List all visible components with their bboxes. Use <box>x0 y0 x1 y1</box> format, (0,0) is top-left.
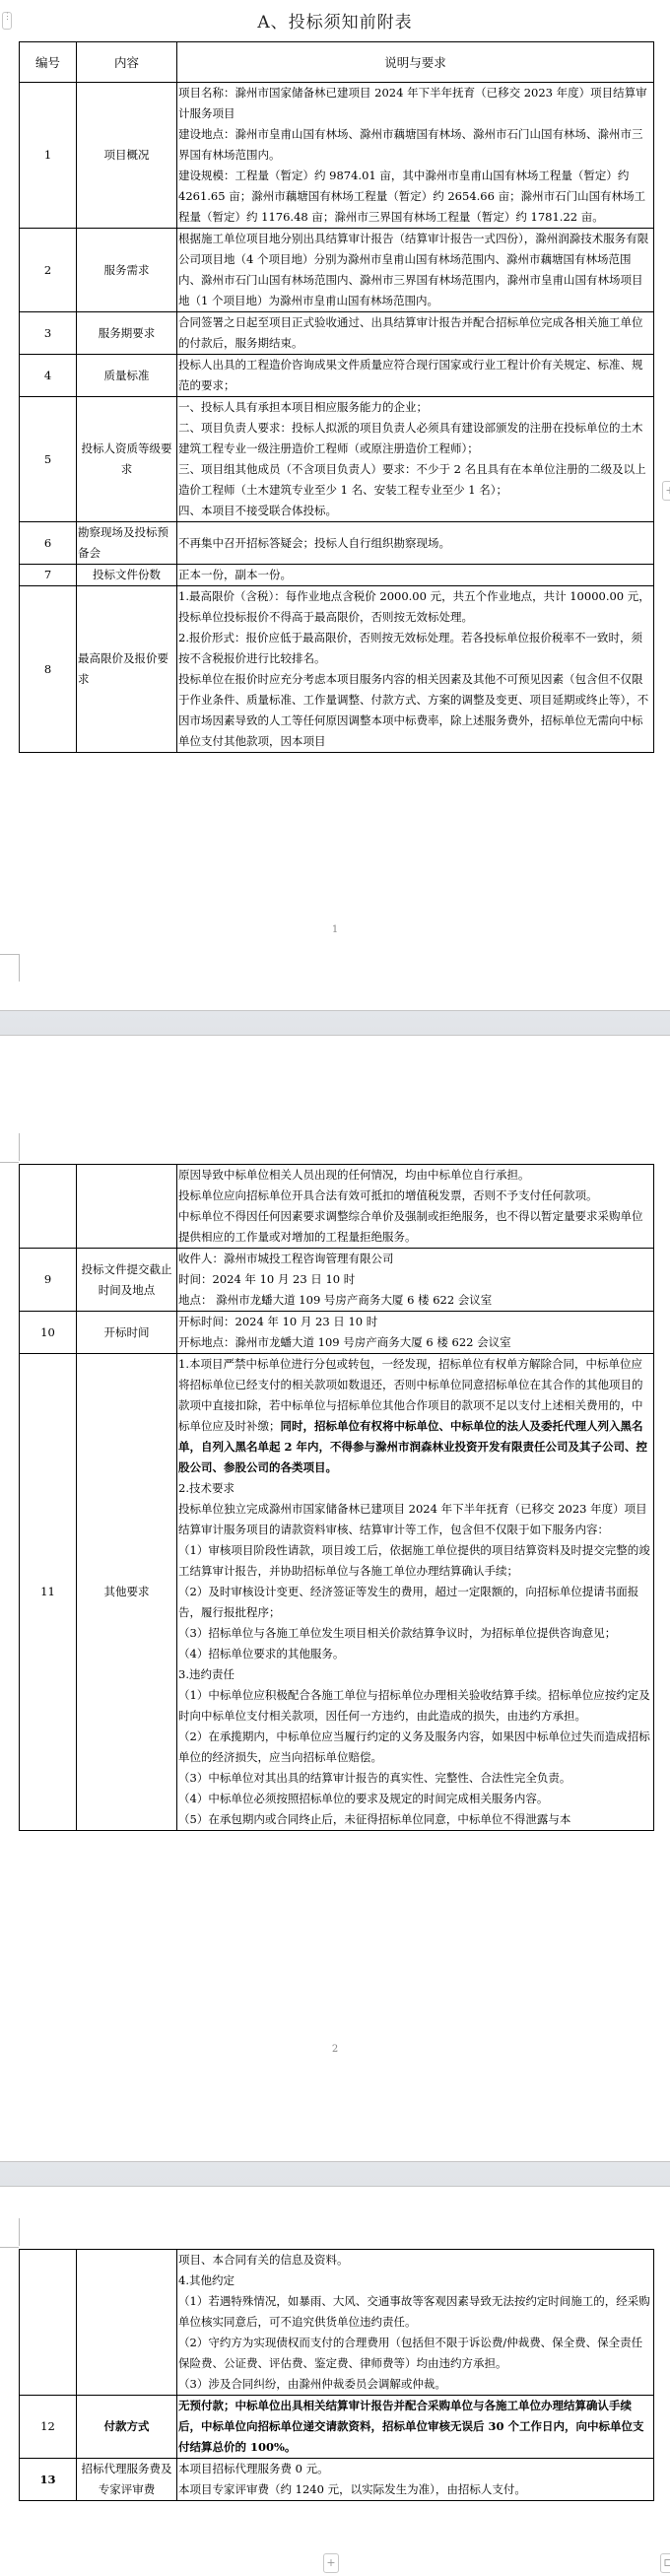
desc-line: （4）招标单位要求的其他服务。 <box>178 1644 652 1664</box>
row-no: 3 <box>20 312 77 355</box>
page-corner-mark <box>19 2218 20 2246</box>
layout-icon[interactable]: ⊏ <box>660 2553 670 2573</box>
desc-line: 2.报价形式：报价应低于最高限价，否则按无效标处理。若各投标单位报价税率不一致时… <box>178 628 652 669</box>
row-desc: 一、投标人具有承担本项目相应服务能力的企业； 二、项目负责人要求：投标人拟派的项… <box>177 397 654 522</box>
row-no <box>20 1165 77 1249</box>
table-row: 原因导致中标单位相关人员出现的任何情况，均由中标单位自行承担。 投标单位应向招标… <box>20 1165 654 1249</box>
document-title: A、投标须知前附表 <box>0 8 670 33</box>
row-no: 10 <box>20 1312 77 1354</box>
desc-line: 一、投标人具有承担本项目相应服务能力的企业； <box>178 397 652 418</box>
row-no: 8 <box>20 586 77 753</box>
desc-line: （3）招标单位与各施工单位发生项目相关价款结算争议时，为招标单位提供咨询意见； <box>178 1623 652 1644</box>
desc-line: （3）涉及合同纠纷，由滁州仲裁委员会调解或仲裁。 <box>178 2374 652 2395</box>
row-label: 服务期要求 <box>77 312 177 355</box>
desc-line: 正本一份，副本一份。 <box>178 565 652 585</box>
row-desc: 合同签署之日起至项目正式验收通过、出具结算审计报告并配合招标单位完成各相关施工单… <box>177 312 654 355</box>
table-row: 6 勘察现场及投标预备会 不再集中召开招标答疑会；投标人自行组织勘察现场。 <box>20 522 654 565</box>
row-desc: 1.本项目严禁中标单位进行分包或转包，一经发现，招标单位有权单方解除合同，中标单… <box>177 1354 654 1831</box>
desc-line: 合同签署之日起至项目正式验收通过、出具结算审计报告并配合招标单位完成各相关施工单… <box>178 312 652 354</box>
row-desc: 收件人：滁州市城投工程咨询管理有限公司 时间：2024 年 10 月 23 日 … <box>177 1249 654 1312</box>
row-label: 投标人资质等级要求 <box>77 397 177 522</box>
desc-line: （1）审核项目阶段性请款，项目竣工后，依据施工单位提供的项目结算资料及时提交完整… <box>178 1540 652 1582</box>
desc-line: （1）中标单位应积极配合各施工单位与招标单位办理相关验收结算手续。招标单位应按约… <box>178 1685 652 1727</box>
desc-line: 时间：2024 年 10 月 23 日 10 时 <box>178 1269 652 1290</box>
row-desc: 1.最高限价（含税）：每作业地点含税价 2000.00 元，共五个作业地点，共计… <box>177 586 654 753</box>
desc-line: 1.最高限价（含税）：每作业地点含税价 2000.00 元，共五个作业地点，共计… <box>178 586 652 628</box>
row-label: 项目概况 <box>77 83 177 229</box>
desc-line: 4.其他约定 <box>178 2271 652 2291</box>
row-desc: 不再集中召开招标答疑会；投标人自行组织勘察现场。 <box>177 522 654 565</box>
desc-line: （2）守约方为实现债权而支付的合理费用（包括但不限于诉讼费/仲裁费、保全费、保全… <box>178 2333 652 2374</box>
row-label: 最高限价及报价要求 <box>77 586 177 753</box>
page-1: ⋮ A、投标须知前附表 编号 内容 说明与要求 1 项目概况 项目名称：滁州市国… <box>0 0 670 1012</box>
add-block-button[interactable]: + <box>323 2553 339 2573</box>
table-row: 11 其他要求 1.本项目严禁中标单位进行分包或转包，一经发现，招标单位有权单方… <box>20 1354 654 1831</box>
desc-line: 本项目专家评审费（约 1240 元，以实际发生为准），由招标人支付。 <box>178 2479 652 2500</box>
page-gap <box>0 1010 670 1036</box>
desc-line: 2.技术要求 <box>178 1478 652 1499</box>
row-label <box>77 1165 177 1249</box>
desc-line: （2）及时审核设计变更、经济签证等发生的费用，超过一定限额的，向招标单位提请书面… <box>178 1582 652 1623</box>
row-desc: 投标人出具的工程造价咨询成果文件质量应符合现行国家或行业工程计价有关规定、标准、… <box>177 355 654 397</box>
desc-line: （4）中标单位必须按照招标单位的要求及规定的时间完成相关服务内容。 <box>178 1789 652 1809</box>
row-label: 开标时间 <box>77 1312 177 1354</box>
page-number: 1 <box>0 924 670 935</box>
header-content: 内容 <box>77 42 177 83</box>
desc-line: 项目名称：滁州市国家储备林已建项目 2024 年下半年抚育（已移交 2023 年… <box>178 83 652 124</box>
table-row: 9 投标文件提交截止时间及地点 收件人：滁州市城投工程咨询管理有限公司 时间：2… <box>20 1249 654 1312</box>
table-row: 4 质量标准 投标人出具的工程造价咨询成果文件质量应符合现行国家或行业工程计价有… <box>20 355 654 397</box>
row-no: 12 <box>20 2396 77 2459</box>
desc-line: 投标单位应向招标单位开具合法有效可抵扣的增值税发票，否则不予支付任何款项。 <box>178 1186 652 1206</box>
row-label: 招标代理服务费及专家评审费 <box>77 2459 177 2501</box>
desc-line: （2）在承揽期内，中标单位应当履行约定的义务及服务内容，如果因中标单位过失而造成… <box>178 1727 652 1768</box>
page-corner-mark <box>19 1133 20 1161</box>
table-row: 10 开标时间 开标时间：2024 年 10 月 23 日 10 时 开标地点：… <box>20 1312 654 1354</box>
table-row: 项目、本合同有关的信息及资料。 4.其他约定 （1）若遇特殊情况，如暴雨、大风、… <box>20 2250 654 2396</box>
desc-line: 开标地点：滁州市龙蟠大道 109 号房产商务大厦 6 楼 622 会议室 <box>178 1332 652 1353</box>
row-no: 9 <box>20 1249 77 1312</box>
page-3: 项目、本合同有关的信息及资料。 4.其他约定 （1）若遇特殊情况，如暴雨、大风、… <box>0 2187 670 2576</box>
desc-line: 本项目招标代理服务费 0 元。 <box>178 2459 652 2479</box>
desc-line: 根据施工单位项目地分别出具结算审计报告（结算审计报告一式四份），滁州润滁技术服务… <box>178 229 652 311</box>
row-no: 1 <box>20 83 77 229</box>
desc-line: 建设地点：滁州市皇甫山国有林场、滁州市藕塘国有林场、滁州市石门山国有林场、滁州市… <box>178 124 652 166</box>
bid-notice-table-continued: 原因导致中标单位相关人员出现的任何情况，均由中标单位自行承担。 投标单位应向招标… <box>19 1164 654 1831</box>
page-gap <box>0 2161 670 2187</box>
row-desc: 正本一份，副本一份。 <box>177 565 654 586</box>
page-corner-mark <box>0 2247 19 2248</box>
row-desc: 项目名称：滁州市国家储备林已建项目 2024 年下半年抚育（已移交 2023 年… <box>177 83 654 229</box>
bid-notice-table-continued: 项目、本合同有关的信息及资料。 4.其他约定 （1）若遇特殊情况，如暴雨、大风、… <box>19 2249 654 2501</box>
page-2: 原因导致中标单位相关人员出现的任何情况，均由中标单位自行承担。 投标单位应向招标… <box>0 1036 670 2080</box>
desc-line: 原因导致中标单位相关人员出现的任何情况，均由中标单位自行承担。 <box>178 1165 652 1186</box>
desc-line: 开标时间：2024 年 10 月 23 日 10 时 <box>178 1312 652 1332</box>
row-no: 11 <box>20 1354 77 1831</box>
row-no: 13 <box>20 2459 77 2501</box>
table-header-row: 编号 内容 说明与要求 <box>20 42 654 83</box>
header-desc: 说明与要求 <box>177 42 654 83</box>
desc-line: 3.违约责任 <box>178 1664 652 1685</box>
desc-line: 二、项目负责人要求：投标人拟派的项目负责人必须具有建设部颁发的注册在投标单位的土… <box>178 418 652 459</box>
table-row: 12 付款方式 无预付款；中标单位出具相关结算审计报告并配合采购单位与各施工单位… <box>20 2396 654 2459</box>
table-row: 2 服务需求 根据施工单位项目地分别出具结算审计报告（结算审计报告一式四份），滁… <box>20 229 654 312</box>
row-desc: 无预付款；中标单位出具相关结算审计报告并配合采购单位与各施工单位办理结算确认手续… <box>177 2396 654 2459</box>
row-no <box>20 2250 77 2396</box>
desc-line: 中标单位不得因任何因素要求调整综合单价及强制或拒绝服务，也不得以暂定量要求采购单… <box>178 1206 652 1248</box>
desc-line: 四、本项目不接受联合体投标。 <box>178 501 652 521</box>
desc-line: 项目、本合同有关的信息及资料。 <box>178 2250 652 2271</box>
row-desc: 开标时间：2024 年 10 月 23 日 10 时 开标地点：滁州市龙蟠大道 … <box>177 1312 654 1354</box>
header-no: 编号 <box>20 42 77 83</box>
table-row: 8 最高限价及报价要求 1.最高限价（含税）：每作业地点含税价 2000.00 … <box>20 586 654 753</box>
row-label <box>77 2250 177 2396</box>
row-label: 质量标准 <box>77 355 177 397</box>
row-no: 7 <box>20 565 77 586</box>
desc-line: 地点： 滁州市龙蟠大道 109 号房产商务大厦 6 楼 622 会议室 <box>178 1290 652 1311</box>
desc-line: 投标人出具的工程造价咨询成果文件质量应符合现行国家或行业工程计价有关规定、标准、… <box>178 355 652 396</box>
table-row: 1 项目概况 项目名称：滁州市国家储备林已建项目 2024 年下半年抚育（已移交… <box>20 83 654 229</box>
desc-line: （3）中标单位对其出具的结算审计报告的真实性、完整性、合法性完全负责。 <box>178 1768 652 1789</box>
page-corner-mark <box>0 1162 19 1163</box>
desc-line: 三、项目组其他成员（不含项目负责人）要求：不少于 2 名且具有在本单位注册的二级… <box>178 459 652 501</box>
desc-line: 建设规模：工程量（暂定）约 9874.01 亩，其中滁州市皇甫山国有林场工程量（… <box>178 166 652 228</box>
bid-notice-table: 编号 内容 说明与要求 1 项目概况 项目名称：滁州市国家储备林已建项目 202… <box>19 41 654 753</box>
table-row: 7 投标文件份数 正本一份，副本一份。 <box>20 565 654 586</box>
desc-line: 不再集中召开招标答疑会；投标人自行组织勘察现场。 <box>178 533 652 554</box>
desc-line: 无预付款；中标单位出具相关结算审计报告并配合采购单位与各施工单位办理结算确认手续… <box>178 2396 652 2458</box>
desc-line: 投标单位在报价时应充分考虑本项目服务内容的相关因素及其他不可预见因素（包含但不仅… <box>178 669 652 752</box>
row-desc: 原因导致中标单位相关人员出现的任何情况，均由中标单位自行承担。 投标单位应向招标… <box>177 1165 654 1249</box>
page-number: 2 <box>0 2044 670 2055</box>
table-row: 5 投标人资质等级要求 一、投标人具有承担本项目相应服务能力的企业； 二、项目负… <box>20 397 654 522</box>
row-label: 勘察现场及投标预备会 <box>77 522 177 565</box>
desc-line: （5）在承包期内或合同终止后，未征得招标单位同意，中标单位不得泄露与本 <box>178 1809 652 1830</box>
row-label: 服务需求 <box>77 229 177 312</box>
row-no: 2 <box>20 229 77 312</box>
row-no: 4 <box>20 355 77 397</box>
row-desc: 本项目招标代理服务费 0 元。 本项目专家评审费（约 1240 元，以实际发生为… <box>177 2459 654 2501</box>
row-no: 6 <box>20 522 77 565</box>
desc-line: 1.本项目严禁中标单位进行分包或转包，一经发现，招标单位有权单方解除合同，中标单… <box>178 1354 652 1478</box>
table-row: 3 服务期要求 合同签署之日起至项目正式验收通过、出具结算审计报告并配合招标单位… <box>20 312 654 355</box>
row-no: 5 <box>20 397 77 522</box>
row-label: 付款方式 <box>77 2396 177 2459</box>
row-label: 其他要求 <box>77 1354 177 1831</box>
row-desc: 项目、本合同有关的信息及资料。 4.其他约定 （1）若遇特殊情况，如暴雨、大风、… <box>177 2250 654 2396</box>
desc-line: 投标单位独立完成滁州市国家储备林已建项目 2024 年下半年抚育（已移交 202… <box>178 1499 652 1540</box>
row-label: 投标文件份数 <box>77 565 177 586</box>
page-corner-mark <box>19 954 20 982</box>
desc-line: （1）若遇特殊情况，如暴雨、大风、交通事故等客观因素导致无法按约定时间施工的，经… <box>178 2291 652 2333</box>
desc-line: 收件人：滁州市城投工程咨询管理有限公司 <box>178 1249 652 1269</box>
row-label: 投标文件提交截止时间及地点 <box>77 1249 177 1312</box>
table-row: 13 招标代理服务费及专家评审费 本项目招标代理服务费 0 元。 本项目专家评审… <box>20 2459 654 2501</box>
row-desc: 根据施工单位项目地分别出具结算审计报告（结算审计报告一式四份），滁州润滁技术服务… <box>177 229 654 312</box>
add-block-button[interactable]: + <box>662 481 670 501</box>
page-corner-mark <box>0 954 19 955</box>
